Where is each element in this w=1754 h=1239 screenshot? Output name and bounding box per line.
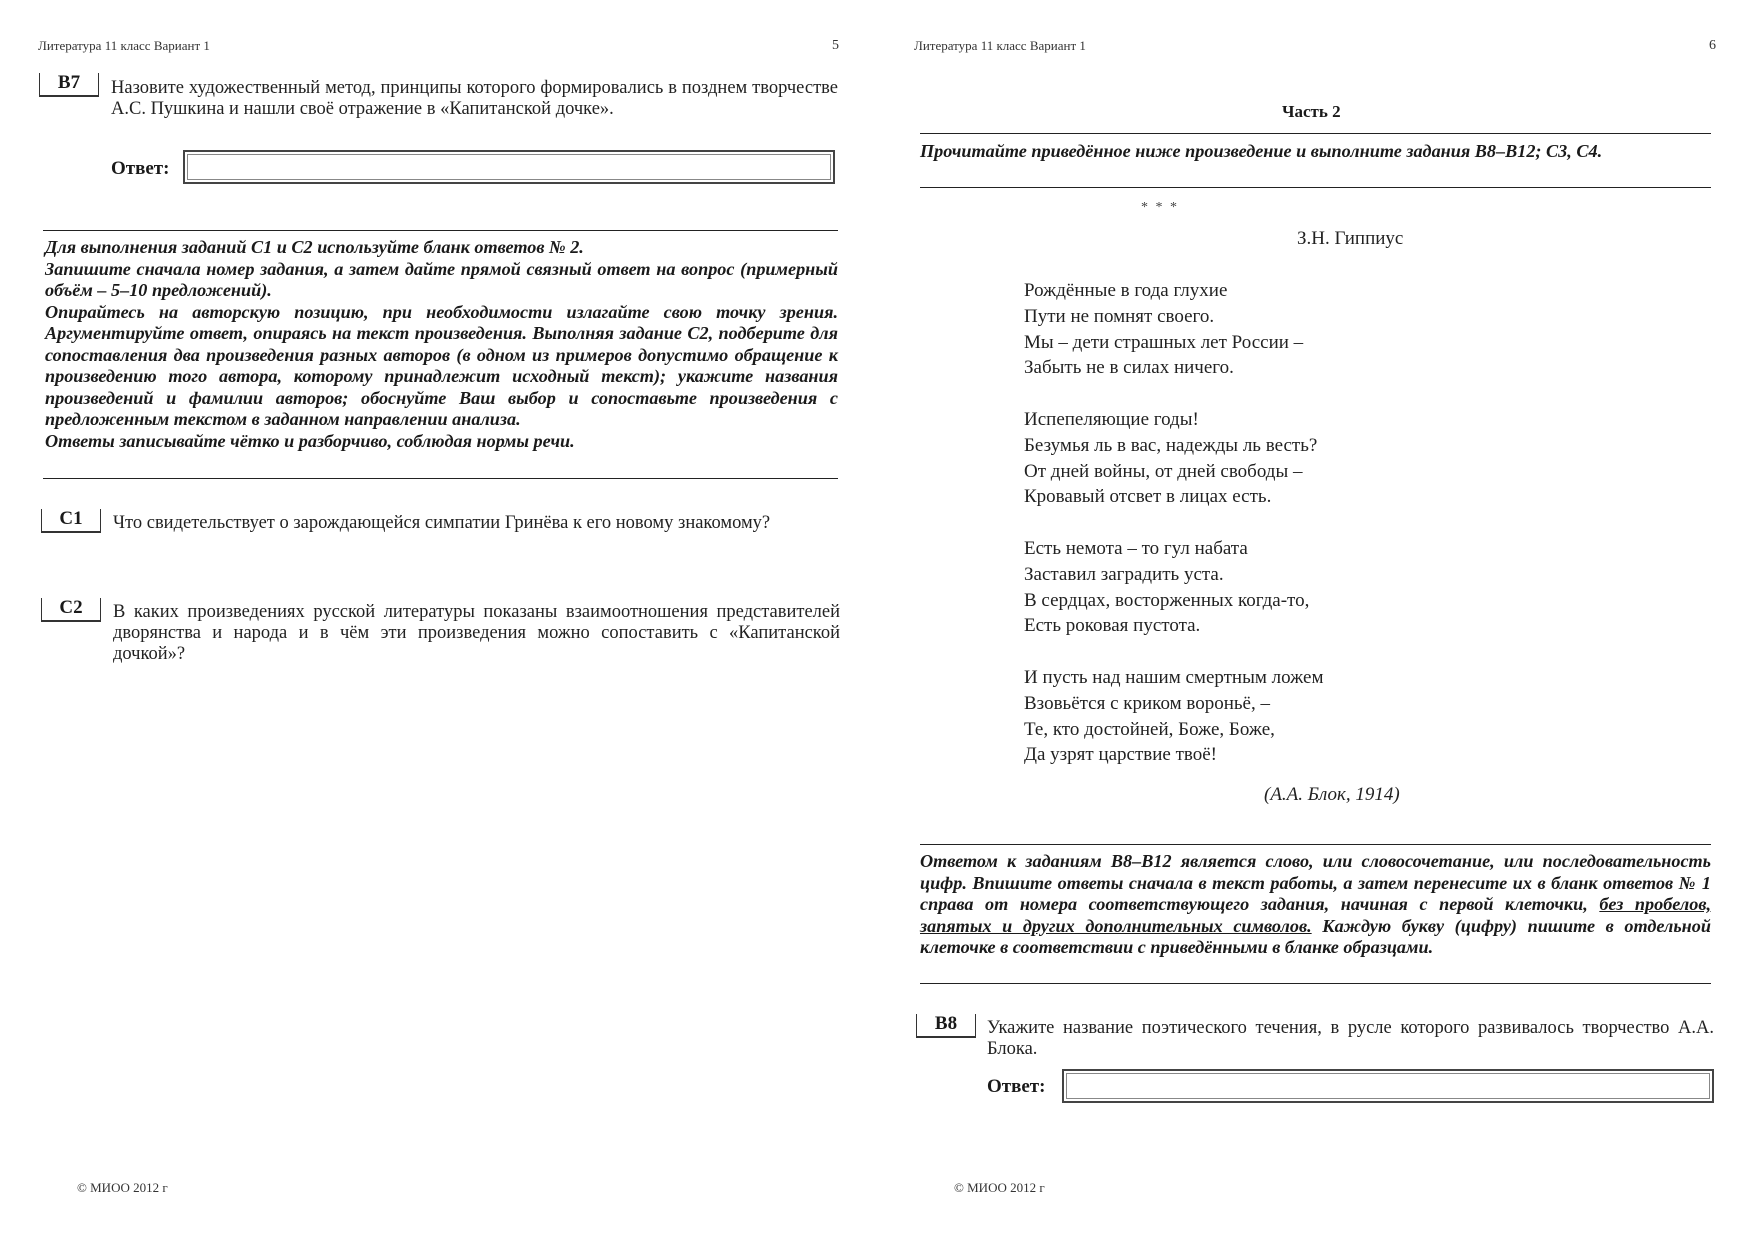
poem-line: От дней войны, от дней свободы –: [1024, 459, 1323, 485]
part-instruction: Прочитайте приведённое ниже произведение…: [920, 141, 1711, 163]
task-label-c2: C2: [41, 598, 101, 622]
poem-text: Рождённые в года глухие Пути не помнят с…: [1024, 278, 1323, 794]
footer-copyright: © МИОО 2012 г: [954, 1180, 1045, 1196]
poem-line: Взовьётся с криком вороньё, –: [1024, 691, 1323, 717]
divider: [43, 230, 838, 231]
poem-line: Заставил заградить уста.: [1024, 562, 1323, 588]
answer-label-b7: Ответ:: [111, 158, 169, 180]
poem-line: В сердцах, восторженных когда-то,: [1024, 588, 1323, 614]
task-label-b7: B7: [39, 73, 99, 97]
poem-line: Есть роковая пустота.: [1024, 613, 1323, 639]
poem-line: И пусть над нашим смертным ложем: [1024, 665, 1323, 691]
poem-dedication: З.Н. Гиппиус: [1297, 228, 1403, 250]
c-tasks-instructions: Для выполнения заданий С1 и С2 используй…: [45, 237, 838, 452]
poem-stanza: Есть немота – то гул набата Заставил заг…: [1024, 536, 1323, 639]
page-5: Литература 11 класс Вариант 1 5 B7 Назов…: [0, 0, 877, 1239]
poem-stanza: Рождённые в года глухие Пути не помнят с…: [1024, 278, 1323, 381]
divider: [43, 478, 838, 479]
footer-copyright: © МИОО 2012 г: [77, 1180, 168, 1196]
answer-field-b7[interactable]: [183, 150, 835, 184]
poem-line: Те, кто достойней, Боже, Боже,: [1024, 717, 1323, 743]
poem-line: Да узрят царствие твоё!: [1024, 742, 1323, 768]
page-number: 5: [832, 38, 839, 54]
running-head: Литература 11 класс Вариант 1: [914, 38, 1086, 54]
poem-stanza: Испепеляющие годы! Безумья ль в вас, над…: [1024, 407, 1323, 510]
task-text-c2: В каких произведениях русской литературы…: [113, 602, 840, 665]
instruction-line: Опирайтесь на авторскую позицию, при нео…: [45, 302, 838, 431]
poem-line: Безумья ль в вас, надежды ль весть?: [1024, 433, 1323, 459]
divider: [920, 844, 1711, 845]
running-head: Литература 11 класс Вариант 1: [38, 38, 210, 54]
poem-line: Забыть не в силах ничего.: [1024, 355, 1323, 381]
poem-line: Кровавый отсвет в лицах есть.: [1024, 484, 1323, 510]
poem-line: Есть немота – то гул набата: [1024, 536, 1323, 562]
task-text-b8: Укажите название поэтического течения, в…: [987, 1018, 1714, 1060]
instruction-line: Ответы записывайте чётко и разборчиво, с…: [45, 431, 838, 453]
divider: [920, 983, 1711, 984]
part-title: Часть 2: [1282, 102, 1341, 122]
poem-stars: * * *: [1141, 200, 1179, 216]
poem-source: (А.А. Блок, 1914): [1264, 784, 1400, 806]
task-text-b7: Назовите художественный метод, принципы …: [111, 78, 838, 120]
task-label-b8: B8: [916, 1014, 976, 1038]
part-instruction-text: Прочитайте приведённое ниже произведение…: [920, 141, 1711, 163]
task-label-c1: C1: [41, 509, 101, 533]
answer-field-b8[interactable]: [1062, 1069, 1714, 1103]
task-text-c1: Что свидетельствует о зарождающейся симп…: [113, 513, 840, 534]
divider: [920, 187, 1711, 188]
b-tasks-instructions: Ответом к заданиям В8–В12 является слово…: [920, 851, 1711, 959]
divider: [920, 133, 1711, 134]
page-6: Литература 11 класс Вариант 1 6 Часть 2 …: [877, 0, 1754, 1239]
instruction-line: Запишите сначала номер задания, а затем …: [45, 259, 838, 302]
answer-label-b8: Ответ:: [987, 1076, 1045, 1098]
poem-line: Испепеляющие годы!: [1024, 407, 1323, 433]
poem-line: Пути не помнят своего.: [1024, 304, 1323, 330]
poem-stanza: И пусть над нашим смертным ложем Взовьёт…: [1024, 665, 1323, 768]
page-number: 6: [1709, 38, 1716, 54]
poem-line: Рождённые в года глухие: [1024, 278, 1323, 304]
instruction-line: Для выполнения заданий С1 и С2 используй…: [45, 237, 838, 259]
poem-line: Мы – дети страшных лет России –: [1024, 330, 1323, 356]
b-instruction-text: Ответом к заданиям В8–В12 является слово…: [920, 851, 1711, 959]
instruction-part: Ответом к заданиям В8–В12 является слово…: [920, 851, 1711, 914]
